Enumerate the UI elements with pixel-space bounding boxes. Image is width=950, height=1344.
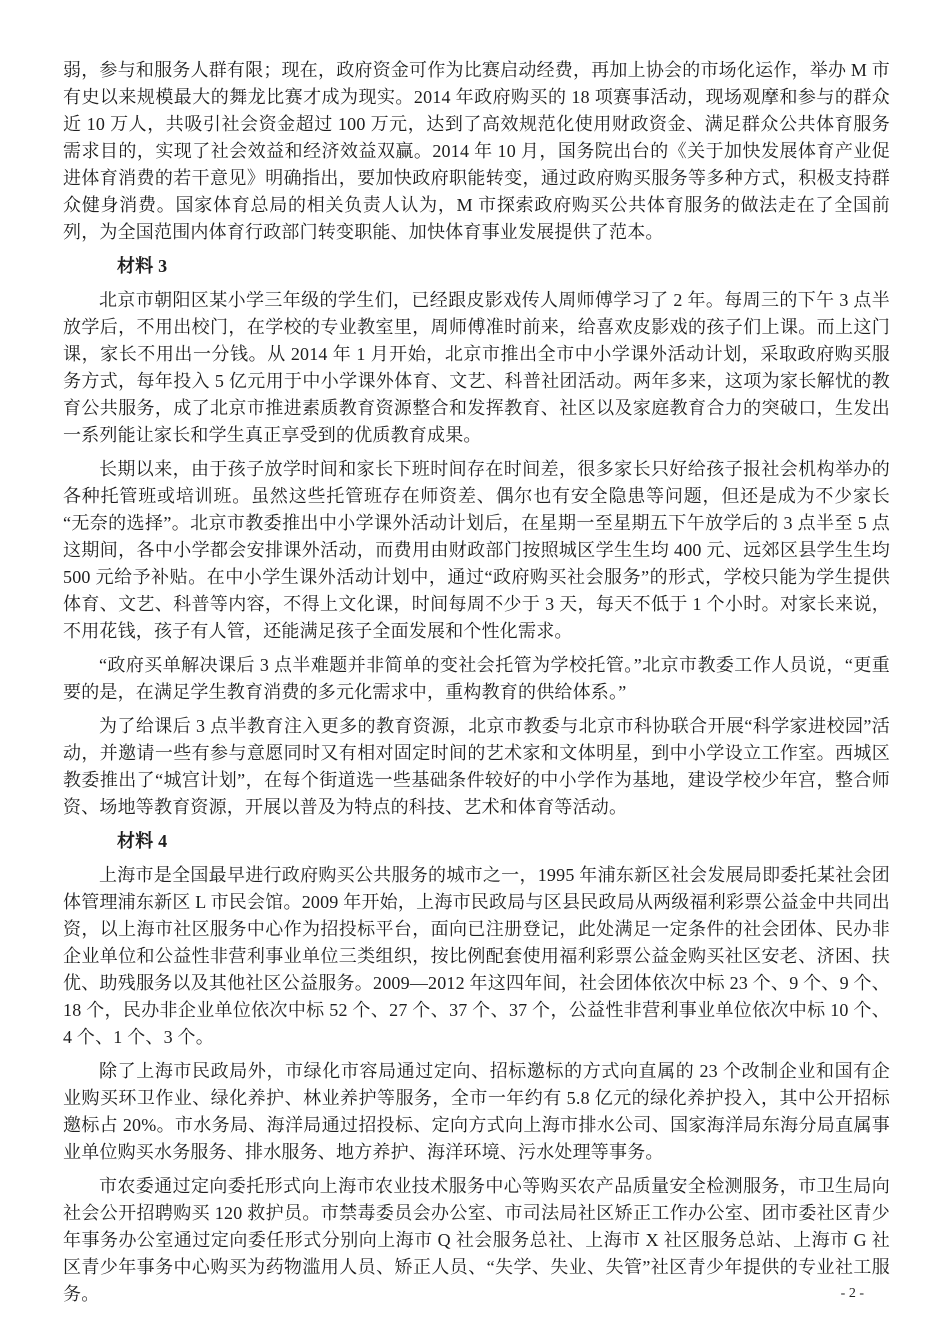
material-heading: 材料 4: [63, 828, 890, 855]
body-paragraph: 上海市是全国最早进行政府购买公共服务的城市之一，1995 年浦东新区社会发展局即…: [63, 862, 890, 1051]
body-paragraph: 弱，参与和服务人群有限；现在，政府资金可作为比赛启动经费，再加上协会的市场化运作…: [63, 57, 890, 246]
body-paragraph: 除了上海市民政局外，市绿化市容局通过定向、招标邀标的方式向直属的 23 个改制企…: [63, 1058, 890, 1166]
page-number: - 2 -: [841, 1285, 864, 1303]
body-paragraph: 为了给课后 3 点半教育注入更多的教育资源，北京市教委与北京市科协联合开展“科学…: [63, 713, 890, 821]
body-paragraph: 长期以来，由于孩子放学时间和家长下班时间存在时间差，很多家长只好给孩子报社会机构…: [63, 456, 890, 645]
document-page: 弱，参与和服务人群有限；现在，政府资金可作为比赛启动经费，再加上协会的市场化运作…: [0, 0, 950, 1344]
document-content: 弱，参与和服务人群有限；现在，政府资金可作为比赛启动经费，再加上协会的市场化运作…: [63, 57, 890, 1315]
body-paragraph: 市农委通过定向委托形式向上海市农业技术服务中心等购买农产品质量安全检测服务，市卫…: [63, 1173, 890, 1308]
body-paragraph: 北京市朝阳区某小学三年级的学生们，已经跟皮影戏传人周师傅学习了 2 年。每周三的…: [63, 287, 890, 449]
body-paragraph: “政府买单解决课后 3 点半难题并非简单的变社会托管为学校托管。”北京市教委工作…: [63, 652, 890, 706]
material-heading: 材料 3: [63, 253, 890, 280]
